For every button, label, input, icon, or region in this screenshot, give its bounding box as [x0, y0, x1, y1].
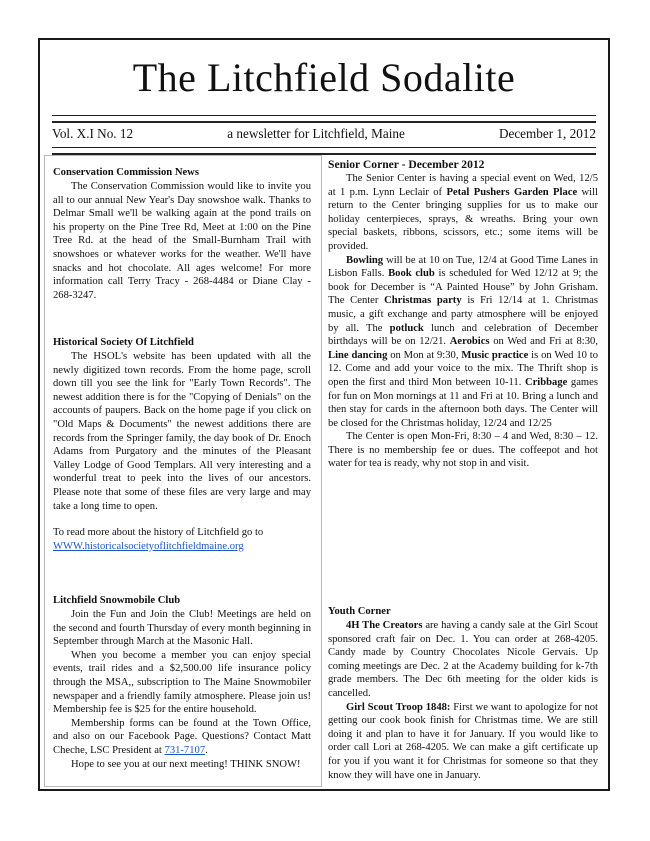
conservation-body: The Conservation Commission would like t…: [53, 180, 311, 302]
snowmobile-p1: Join the Fun and Join the Club! Meetings…: [53, 608, 311, 649]
senior-corner-article: Senior Corner - December 2012 The Senior…: [328, 157, 598, 471]
phone-link[interactable]: 731-7107: [165, 745, 206, 756]
newsletter-title: The Litchfield Sodalite: [40, 54, 608, 102]
historical-article: Historical Society Of Litchfield The HSO…: [53, 336, 311, 553]
youth-corner-article: Youth Corner 4H The Creators are having …: [328, 605, 598, 782]
right-column: Senior Corner - December 2012 The Senior…: [326, 155, 604, 787]
historical-society-link[interactable]: WWW.historicalsocietyoflitchfieldmaine.o…: [53, 541, 244, 552]
snowmobile-p3: Membership forms can be found at the Tow…: [53, 717, 311, 758]
senior-p3: The Center is open Mon-Fri, 8:30 – 4 and…: [328, 430, 598, 471]
volume-number: Vol. X.I No. 12: [52, 124, 133, 144]
historical-heading: Historical Society Of Litchfield: [53, 336, 311, 350]
tagline: a newsletter for Litchfield, Maine: [227, 124, 405, 144]
senior-corner-heading: Senior Corner - December 2012: [328, 157, 598, 172]
issue-info-bar: Vol. X.I No. 12 a newsletter for Litchfi…: [52, 124, 596, 144]
left-column: Conservation Commission News The Conserv…: [44, 155, 322, 787]
senior-p2: Bowling will be at 10 on Tue, 12/4 at Go…: [328, 254, 598, 431]
newsletter-page: The Litchfield Sodalite Vol. X.I No. 12 …: [38, 38, 610, 791]
historical-body: The HSOL's website has been updated with…: [53, 350, 311, 513]
header-rule-bottom: [52, 147, 596, 155]
youth-p2: Girl Scout Troop 1848: First we want to …: [328, 701, 598, 783]
snowmobile-p4: Hope to see you at our next meeting! THI…: [53, 758, 311, 772]
youth-corner-heading: Youth Corner: [328, 605, 598, 619]
senior-p1: The Senior Center is having a special ev…: [328, 172, 598, 254]
youth-p1: 4H The Creators are having a candy sale …: [328, 619, 598, 701]
header-rule-top: [52, 115, 596, 123]
snowmobile-article: Litchfield Snowmobile Club Join the Fun …: [53, 594, 311, 771]
issue-date: December 1, 2012: [499, 124, 596, 144]
conservation-heading: Conservation Commission News: [53, 166, 311, 180]
snowmobile-p2: When you become a member you can enjoy s…: [53, 649, 311, 717]
historical-more-text: To read more about the history of Litchf…: [53, 526, 311, 540]
snowmobile-heading: Litchfield Snowmobile Club: [53, 594, 311, 608]
conservation-article: Conservation Commission News The Conserv…: [53, 166, 311, 302]
